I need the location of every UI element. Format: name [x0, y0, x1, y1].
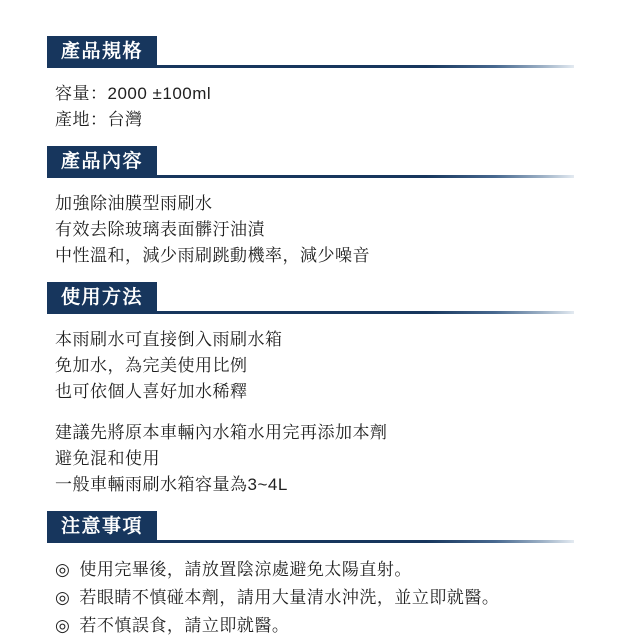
section-contents: 產品內容 加強除油膜型雨刷水 有效去除玻璃表面髒汙油漬 中性溫和，減少雨刷跳動機… — [0, 146, 640, 269]
spec-capacity-line: 容量：2000 ±100ml — [55, 81, 600, 107]
section-notices: 注意事項 ◎使用完畢後，請放置陰涼處避免太陽直射。 ◎若眼睛不慎碰本劑，請用大量… — [0, 511, 640, 640]
section-header-usage: 使用方法 — [47, 282, 574, 314]
notice-text: 使用完畢後，請放置陰涼處避免太陽直射。 — [79, 560, 412, 579]
usage-line: 也可依個人喜好加水稀釋 — [55, 379, 600, 405]
product-description-page: 產品規格 容量：2000 ±100ml 產地：台灣 產品內容 加強除油膜型雨刷水… — [0, 0, 640, 640]
usage-line: 免加水，為完美使用比例 — [55, 353, 600, 379]
section-usage: 使用方法 本雨刷水可直接倒入雨刷水箱 免加水，為完美使用比例 也可依個人喜好加水… — [0, 282, 640, 498]
notice-item: ◎若眼睛不慎碰本劑，請用大量清水沖洗，並立即就醫。 — [55, 584, 600, 612]
notice-item: ◎使用完畢後，請放置陰涼處避免太陽直射。 — [55, 556, 600, 584]
usage-line: 本雨刷水可直接倒入雨刷水箱 — [55, 327, 600, 353]
section-header-notices: 注意事項 — [47, 511, 574, 543]
section-title-specs: 產品規格 — [47, 36, 157, 68]
section-header-contents: 產品內容 — [47, 146, 574, 178]
notice-item: ◎若不慎誤食，請立即就醫。 — [55, 612, 600, 640]
bullseye-bullet-icon: ◎ — [55, 584, 70, 612]
notice-text: 若眼睛不慎碰本劑，請用大量清水沖洗，並立即就醫。 — [79, 588, 499, 607]
bullseye-bullet-icon: ◎ — [55, 612, 70, 640]
usage-line: 建議先將原本車輛內水箱水用完再添加本劑 — [55, 420, 600, 446]
content-line: 有效去除玻璃表面髒汙油漬 — [55, 217, 600, 243]
section-title-notices: 注意事項 — [47, 511, 157, 543]
section-title-contents: 產品內容 — [47, 146, 157, 178]
section-body-usage: 本雨刷水可直接倒入雨刷水箱 免加水，為完美使用比例 也可依個人喜好加水稀釋 建議… — [55, 327, 600, 498]
section-header-specs: 產品規格 — [47, 36, 574, 68]
content-line: 加強除油膜型雨刷水 — [55, 191, 600, 217]
notice-text: 若不慎誤食，請立即就醫。 — [79, 616, 289, 635]
content-line: 中性溫和，減少雨刷跳動機率，減少噪音 — [55, 243, 600, 269]
section-specs: 產品規格 容量：2000 ±100ml 產地：台灣 — [0, 36, 640, 133]
section-body-contents: 加強除油膜型雨刷水 有效去除玻璃表面髒汙油漬 中性溫和，減少雨刷跳動機率，減少噪… — [55, 191, 600, 269]
bullseye-bullet-icon: ◎ — [55, 556, 70, 584]
section-title-usage: 使用方法 — [47, 282, 157, 314]
spec-origin-line: 產地：台灣 — [55, 107, 600, 133]
section-body-specs: 容量：2000 ±100ml 產地：台灣 — [55, 81, 600, 133]
usage-line: 一般車輛雨刷水箱容量為3~4L — [55, 472, 600, 498]
paragraph-spacer — [55, 405, 600, 420]
section-body-notices: ◎使用完畢後，請放置陰涼處避免太陽直射。 ◎若眼睛不慎碰本劑，請用大量清水沖洗，… — [55, 556, 600, 640]
usage-line: 避免混和使用 — [55, 446, 600, 472]
